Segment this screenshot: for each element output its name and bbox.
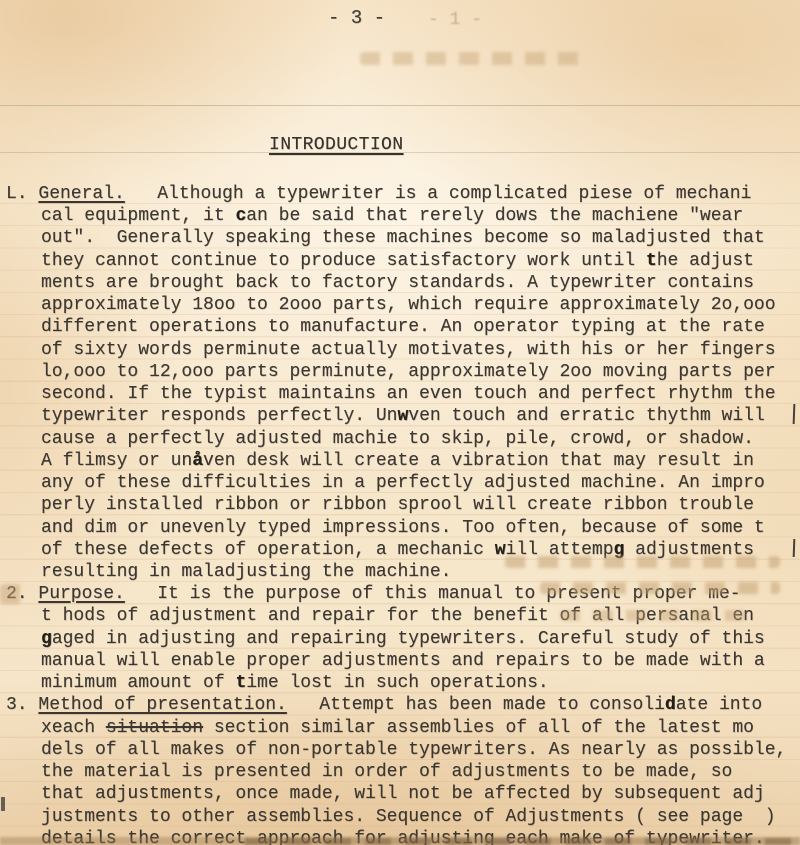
text-line: second. If the typist maintains an even …: [0, 383, 800, 405]
text-segment: that adjustments, once made, will not be…: [41, 784, 765, 804]
text-segment: typewriter responds perfectly. Un: [41, 406, 397, 426]
text-segment: resulting in maladjusting the machine.: [41, 562, 451, 582]
text-segment: ments are brought back to factory standa…: [41, 273, 754, 293]
underlined-text: Purpose.: [38, 584, 124, 604]
overstrike-char: w: [397, 406, 408, 426]
overstrike-char: g: [41, 629, 52, 649]
text-segment: Attempt has been made to consoli: [287, 695, 665, 715]
text-line: that adjustments, once made, will not be…: [0, 783, 800, 805]
text-line: 3. Method of presentation. Attempt has b…: [0, 694, 800, 716]
text-line: cause a perfectly adjusted machie to ski…: [0, 428, 800, 450]
underlined-text: General.: [38, 184, 124, 204]
text-segment: he adjust: [657, 251, 754, 271]
text-segment: any of these difficulties in a perfectly…: [41, 473, 765, 493]
text-segment: approximately 18oo to 2ooo parts, which …: [41, 295, 776, 315]
text-segment: different operations to manufacture. An …: [41, 317, 765, 337]
text-segment: justments to other assemblies. Sequence …: [41, 807, 776, 827]
overstrike-char: t: [646, 251, 657, 271]
text-segment: ate into: [676, 695, 762, 715]
overstrike-char: c: [235, 206, 246, 226]
text-segment: ime lost in such operations.: [246, 673, 548, 693]
bleedthrough-smudge: [540, 582, 780, 594]
text-line: of sixty words perminute actually motiva…: [0, 339, 800, 361]
text-segment: minimum amount of: [41, 673, 235, 693]
text-line: dels of all makes of non-portable typewr…: [0, 739, 800, 761]
text-segment: cal equipment, it: [41, 206, 235, 226]
text-segment: an be said that rerely dows the machiene…: [246, 206, 743, 226]
text-line: different operations to manufacture. An …: [0, 316, 800, 338]
page-number: - 3 -: [328, 7, 385, 29]
text-segment: Although a typewriter is a complicated p…: [125, 184, 752, 204]
bleedthrough-smudge: [560, 610, 745, 621]
underlined-text: Method of presentation.: [38, 695, 286, 715]
page-bottom-smudge: [245, 838, 800, 845]
text-segment: and dim or unevenly typed impressions. T…: [41, 518, 765, 538]
overstrike-char: d: [665, 695, 676, 715]
text-line: A flimsy or unåven desk will create a vi…: [0, 450, 800, 472]
text-segment: section similar assemblies of all of the…: [203, 718, 754, 738]
text-segment: second. If the typist maintains an even …: [41, 384, 776, 404]
typed-text-block: L. General. Although a typewriter is a c…: [0, 183, 800, 845]
bleedthrough-smudge: [505, 556, 780, 568]
text-line: ments are brought back to factory standa…: [0, 272, 800, 294]
overstrike-char: å: [192, 451, 203, 471]
text-segment: xeach: [41, 718, 106, 738]
page-number-ghost: - 1 -: [428, 10, 482, 30]
text-line: lo,ooo to 12,ooo parts perminute, approx…: [0, 361, 800, 383]
text-line: xeach situation section similar assembli…: [0, 717, 800, 739]
text-segment: lo,ooo to 12,ooo parts perminute, approx…: [41, 362, 776, 382]
text-segment: 3.: [6, 695, 38, 715]
text-line: gaged in adjusting and repairing typewri…: [0, 628, 800, 650]
text-segment: cause a perfectly adjusted machie to ski…: [41, 429, 754, 449]
text-segment: ven touch and erratic thythm will: [408, 406, 764, 426]
overstrike-char: w: [495, 540, 506, 560]
text-line: out". Generally speaking these machines …: [0, 227, 800, 249]
scan-artifact-mark: [1, 797, 5, 811]
text-segment: dels of all makes of non-portable typewr…: [41, 740, 786, 760]
struck-text: situation: [106, 718, 203, 738]
bleedthrough-smudge: [360, 52, 590, 65]
text-segment: of sixty words perminute actually motiva…: [41, 340, 776, 360]
text-line: minimum amount of time lost in such oper…: [0, 672, 800, 694]
document-page: - 3 - - 1 - INTRODUCTION L. General. Alt…: [0, 0, 800, 845]
text-segment: of these defects of operation, a mechani…: [41, 540, 495, 560]
paper-crease-line: [0, 105, 800, 106]
text-line: perly installed ribbon or ribbon sprool …: [0, 494, 800, 516]
section-heading: INTRODUCTION: [269, 135, 403, 155]
text-line: they cannot continue to produce satisfac…: [0, 250, 800, 272]
bleedthrough-smudge: [0, 584, 26, 604]
text-segment: manual will enable proper adjustments an…: [41, 651, 765, 671]
text-line: cal equipment, it can be said that rerel…: [0, 205, 800, 227]
text-line: L. General. Although a typewriter is a c…: [0, 183, 800, 205]
text-line: justments to other assemblies. Sequence …: [0, 806, 800, 828]
text-segment: the material is presented in order of ad…: [41, 762, 732, 782]
text-segment: aged in adjusting and repairing typewrit…: [52, 629, 765, 649]
text-segment: ven desk will create a vibration that ma…: [203, 451, 754, 471]
text-segment: out". Generally speaking these machines …: [41, 228, 765, 248]
text-segment: L.: [6, 184, 38, 204]
text-line: any of these difficulties in a perfectly…: [0, 472, 800, 494]
text-segment: A flimsy or un: [41, 451, 192, 471]
text-line: and dim or unevenly typed impressions. T…: [0, 517, 800, 539]
text-segment: perly installed ribbon or ribbon sprool …: [41, 495, 754, 515]
overstrike-char: t: [235, 673, 246, 693]
text-line: typewriter responds perfectly. Unwven to…: [0, 405, 800, 427]
text-line: approximately 18oo to 2ooo parts, which …: [0, 294, 800, 316]
text-line: manual will enable proper adjustments an…: [0, 650, 800, 672]
text-line: the material is presented in order of ad…: [0, 761, 800, 783]
text-segment: they cannot continue to produce satisfac…: [41, 251, 646, 271]
